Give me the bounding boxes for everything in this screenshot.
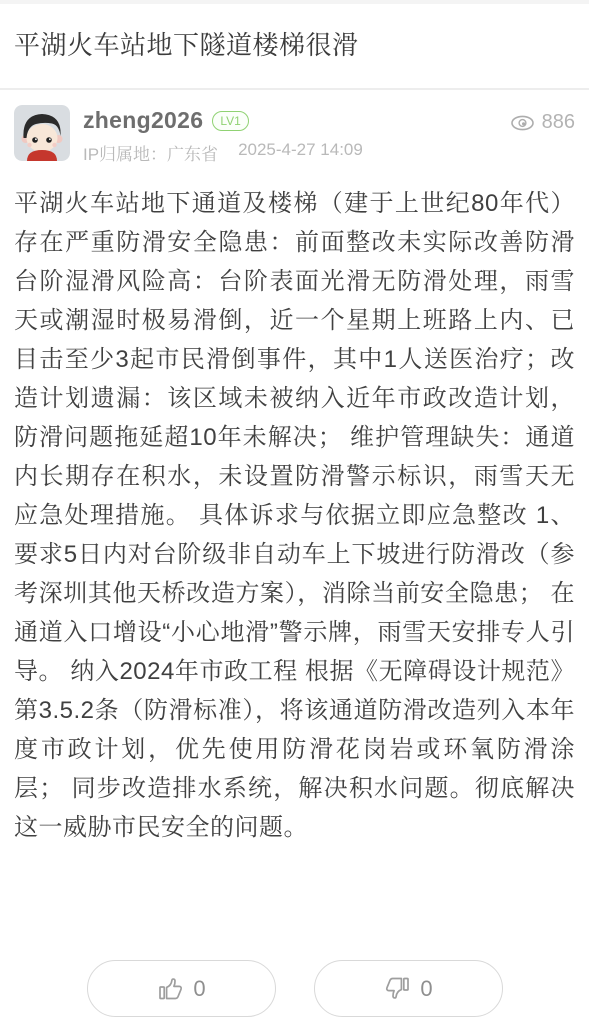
post-header: zheng2026 LV1 IP归属地：广东省 2025-4-27 14:09 … — [0, 90, 589, 165]
dislike-count: 0 — [420, 976, 432, 1002]
post-body: 平湖火车站地下通道及楼梯（建于上世纪80年代）存在严重防滑安全隐患：前面整改未实… — [0, 165, 589, 847]
username[interactable]: zheng2026 — [83, 107, 203, 134]
user-info: zheng2026 LV1 IP归属地：广东省 2025-4-27 14:09 — [83, 105, 510, 165]
user-avatar[interactable] — [14, 105, 70, 161]
view-count: 886 — [542, 111, 575, 134]
avatar-image — [14, 105, 70, 161]
ip-location: IP归属地：广东省 — [83, 140, 218, 165]
like-count: 0 — [193, 976, 205, 1002]
title-section: 平湖火车站地下隧道楼梯很滑 — [0, 4, 589, 90]
dislike-button[interactable]: 0 — [314, 960, 503, 1017]
like-button[interactable]: 0 — [87, 960, 276, 1017]
thumbs-up-icon — [156, 974, 185, 1003]
post-timestamp: 2025-4-27 14:09 — [238, 140, 363, 165]
eye-icon — [510, 114, 535, 132]
action-bar: 0 0 — [0, 960, 589, 1017]
page-title: 平湖火车站地下隧道楼梯很滑 — [14, 28, 573, 62]
level-badge: LV1 — [212, 111, 248, 131]
view-counter: 886 — [510, 111, 575, 134]
thumbs-down-icon — [383, 974, 412, 1003]
